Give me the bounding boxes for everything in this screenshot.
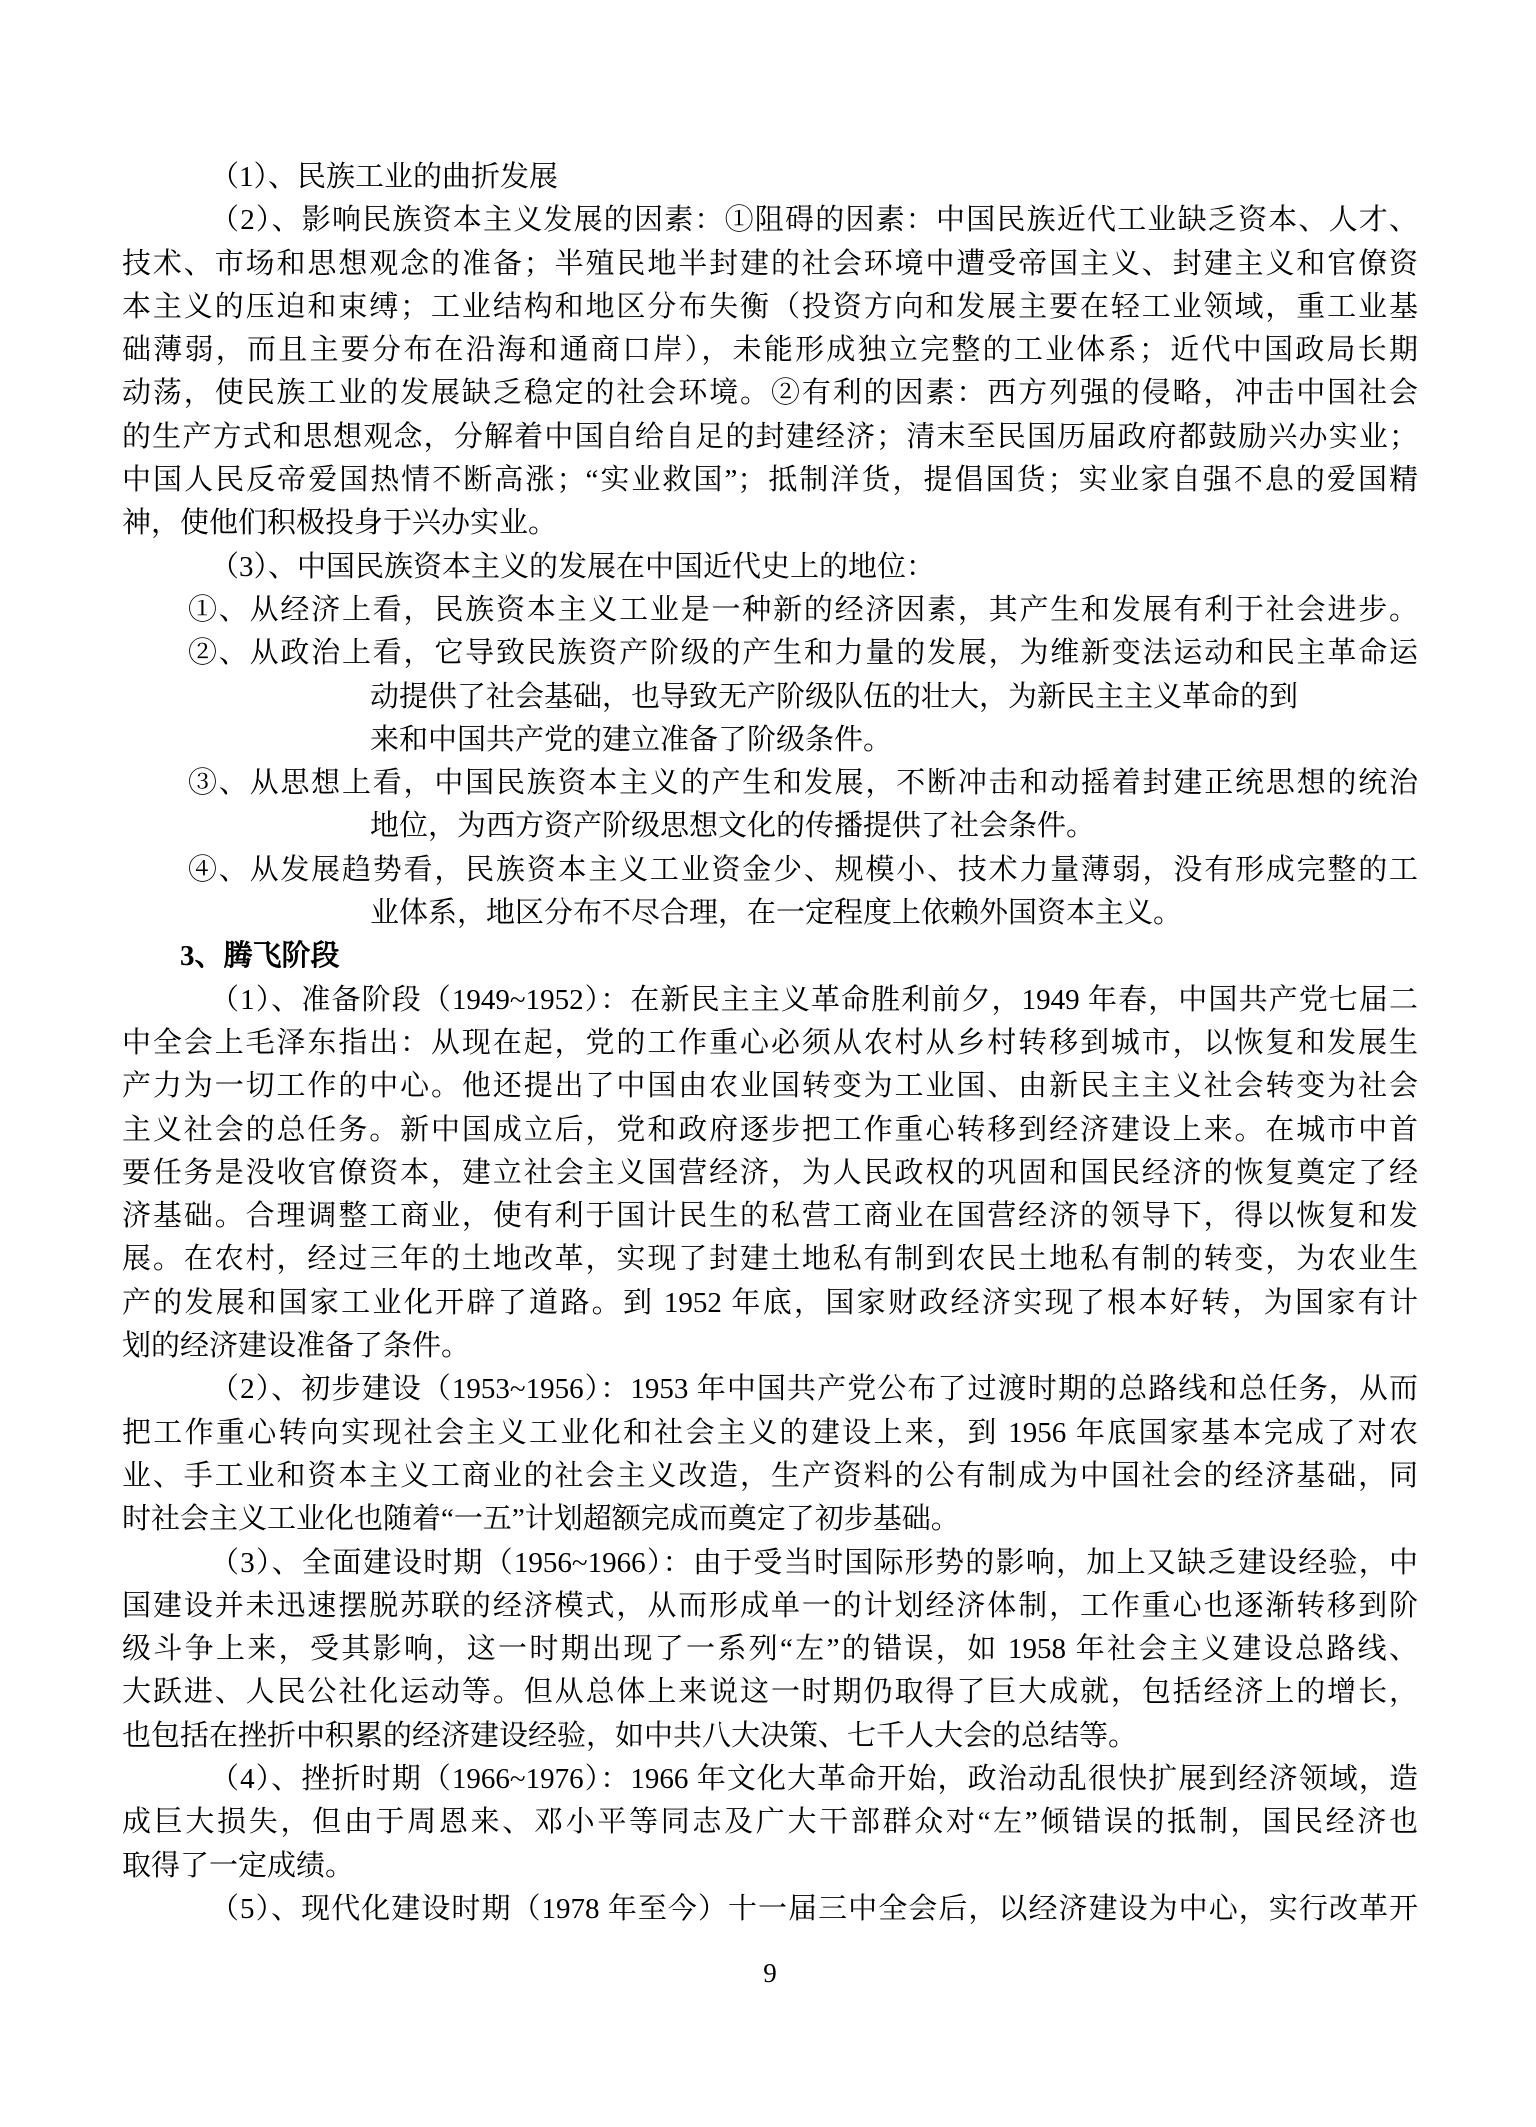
text-line: 的生产方式和思想观念，分解着中国自给自足的封建经济；清末至民国历届政府都鼓励兴办… (122, 416, 1418, 459)
text-line: 也包括在挫折中积累的经济建设经验，如中共八大决策、七千人大会的总结等。 (122, 1715, 1418, 1758)
text-line: ④、从发展趋势看，民族资本主义工业资金少、规模小、技术力量薄弱，没有形成完整的工 (188, 849, 1418, 892)
text-line: 动提供了社会基础，也导致无产阶级队伍的壮大，为新民主主义革命的到 (370, 676, 1418, 719)
text-line: 划的经济建设准备了条件。 (122, 1325, 1418, 1368)
text-line: 技术、市场和思想观念的准备；半殖民地半封建的社会环境中遭受帝国主义、封建主义和官… (122, 243, 1418, 286)
text-line: 大跃进、人民公社化运动等。但从总体上来说这一时期仍取得了巨大成就，包括经济上的增… (122, 1671, 1418, 1714)
text-line: 业、手工业和资本主义工商业的社会主义改造，生产资料的公有制成为中国社会的经济基础… (122, 1455, 1418, 1498)
text-line: 础薄弱，而且主要分布在沿海和通商口岸），未能形成独立完整的工业体系；近代中国政局… (122, 329, 1418, 372)
text-line: （1）、民族工业的曲折发展 (210, 156, 1418, 199)
text-line: （4）、挫折时期（1966~1976）：1966 年文化大革命开始，政治动乱很快… (210, 1758, 1418, 1801)
page-number: 9 (763, 1958, 777, 1988)
text-line: 中全会上毛泽东指出：从现在起，党的工作重心必须从农村从乡村转移到城市，以恢复和发… (122, 1022, 1418, 1065)
text-line: 产力为一切工作的中心。他还提出了中国由农业国转变为工业国、由新民主主义社会转变为… (122, 1065, 1418, 1108)
document-page: （1）、民族工业的曲折发展（2）、影响民族资本主义发展的因素：①阻碍的因素：中国… (0, 0, 1536, 2127)
text-line: 业体系，地区分布不尽合理，在一定程度上依赖外国资本主义。 (370, 892, 1418, 935)
text-line: 级斗争上来，受其影响，这一时期出现了一系列“左”的错误，如 1958 年社会主义… (122, 1628, 1418, 1671)
text-line: 地位，为西方资产阶级思想文化的传播提供了社会条件。 (370, 805, 1418, 848)
document-body: （1）、民族工业的曲折发展（2）、影响民族资本主义发展的因素：①阻碍的因素：中国… (122, 156, 1418, 1931)
text-line: 本主义的压迫和束缚；工业结构和地区分布失衡（投资方向和发展主要在轻工业领域，重工… (122, 286, 1418, 329)
text-line: 动荡，使民族工业的发展缺乏稳定的社会环境。②有利的因素：西方列强的侵略，冲击中国… (122, 372, 1418, 415)
text-line: ①、从经济上看，民族资本主义工业是一种新的经济因素，其产生和发展有利于社会进步。 (188, 589, 1418, 632)
text-line: 中国人民反帝爱国热情不断高涨；“实业救国”；抵制洋货，提倡国货；实业家自强不息的… (122, 459, 1418, 502)
text-line: 时社会主义工业化也随着“一五”计划超额完成而奠定了初步基础。 (122, 1498, 1418, 1541)
text-line: （1）、准备阶段（1949~1952）：在新民主主义革命胜利前夕，1949 年春… (210, 979, 1418, 1022)
text-line: 展。在农村，经过三年的土地改革，实现了封建土地私有制到农民土地私有制的转变，为农… (122, 1238, 1418, 1281)
text-line: 取得了一定成绩。 (122, 1845, 1418, 1888)
text-line: 神，使他们积极投身于兴办实业。 (122, 502, 1418, 545)
text-line: 要任务是没收官僚资本，建立社会主义国营经济，为人民政权的巩固和国民经济的恢复奠定… (122, 1152, 1418, 1195)
text-line: 国建设并未迅速摆脱苏联的经济模式，从而形成单一的计划经济体制，工作重心也逐渐转移… (122, 1585, 1418, 1628)
text-line: ③、从思想上看，中国民族资本主义的产生和发展，不断冲击和动摇着封建正统思想的统治 (188, 762, 1418, 805)
text-line: 成巨大损失，但由于周恩来、邓小平等同志及广大干部群众对“左”倾错误的抵制，国民经… (122, 1801, 1418, 1844)
text-line: 产的发展和国家工业化开辟了道路。到 1952 年底，国家财政经济实现了根本好转，… (122, 1282, 1418, 1325)
text-line: 来和中国共产党的建立准备了阶级条件。 (370, 719, 1418, 762)
text-line: ②、从政治上看，它导致民族资产阶级的产生和力量的发展，为维新变法运动和民主革命运 (188, 632, 1418, 675)
text-line: （2）、初步建设（1953~1956）：1953 年中国共产党公布了过渡时期的总… (210, 1368, 1418, 1411)
text-line: （5）、现代化建设时期（1978 年至今）十一届三中全会后，以经济建设为中心，实… (210, 1888, 1418, 1931)
text-line: （2）、影响民族资本主义发展的因素：①阻碍的因素：中国民族近代工业缺乏资本、人才… (210, 199, 1418, 242)
text-line: 主义社会的总任务。新中国成立后，党和政府逐步把工作重心转移到经济建设上来。在城市… (122, 1109, 1418, 1152)
text-line: 济基础。合理调整工商业，使有利于国计民生的私营工商业在国营经济的领导下，得以恢复… (122, 1195, 1418, 1238)
text-line: 把工作重心转向实现社会主义工业化和社会主义的建设上来，到 1956 年底国家基本… (122, 1412, 1418, 1455)
text-line: （3）、中国民族资本主义的发展在中国近代史上的地位： (210, 546, 1418, 589)
text-line: （3）、全面建设时期（1956~1966）：由于受当时国际形势的影响，加上又缺乏… (210, 1542, 1418, 1585)
section-heading: 3、腾飞阶段 (180, 935, 1418, 978)
page-footer: 9 (122, 1957, 1418, 1989)
